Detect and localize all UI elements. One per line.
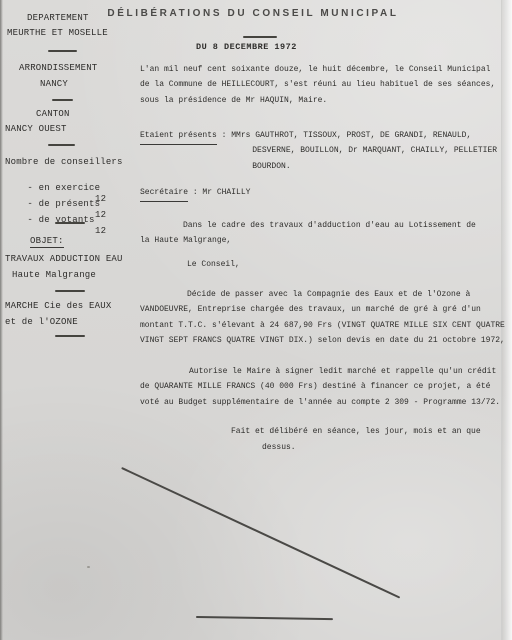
authorization-paragraph: Autorise le Maire à signer ledit marché … (140, 364, 512, 410)
margin-divider (48, 50, 77, 52)
paper-speck (87, 566, 90, 568)
presents-names: MMrs GAUTHROT, TISSOUX, PROST, DE GRANDI… (231, 128, 497, 174)
session-date: DU 8 DECEMBRE 1972 (196, 42, 297, 52)
document-title: DÉLIBÉRATIONS DU CONSEIL MUNICIPAL (98, 8, 408, 19)
margin-divider (55, 290, 85, 292)
closing-line1: Fait et délibéré en séance, les jour, mo… (231, 424, 481, 439)
opening-paragraph: L'an mil neuf cent soixante douze, le hu… (140, 62, 512, 108)
secretaire-label: Secrétaire (140, 185, 188, 202)
margin-divider (55, 222, 85, 224)
conseillers-heading: Nombre de conseillers (5, 157, 123, 168)
objet-label: OBJET: (30, 236, 64, 247)
arrondissement-label: ARRONDISSEMENT (19, 63, 97, 74)
conseil-line: Le Conseil, (187, 257, 240, 272)
scanned-deliberation-document: DÉLIBÉRATIONS DU CONSEIL MUNICIPAL DU 8 … (0, 0, 512, 640)
presents-label: Etaient présents (140, 128, 217, 145)
margin-divider (48, 144, 75, 146)
decision-paragraph: Décide de passer avec la Compagnie des E… (140, 287, 512, 349)
diagonal-pen-stroke (121, 467, 400, 598)
title-divider (243, 36, 277, 38)
objet-value-line2: Haute Malgrange (12, 270, 96, 281)
presents-separator: : (217, 128, 231, 143)
secretaire-block: Secrétaire : Mr CHAILLY (140, 185, 250, 202)
canton-value: NANCY OUEST (5, 124, 67, 135)
departement-label: DEPARTEMENT (27, 13, 89, 24)
marche-value-line1: MARCHE Cie des EAUX (5, 301, 111, 312)
closing-line2: dessus. (262, 440, 296, 455)
departement-value: MEURTHE ET MOSELLE (7, 28, 108, 39)
secretaire-value: Mr CHAILLY (202, 185, 250, 200)
canton-label: CANTON (36, 109, 70, 120)
arrondissement-value: NANCY (40, 79, 68, 90)
margin-divider (55, 335, 85, 337)
horizontal-pen-stroke (196, 616, 333, 620)
paper-left-edge (0, 0, 3, 640)
marche-value-line2: et de l'OZONE (5, 317, 78, 328)
presents-block: Etaient présents : MMrs GAUTHROT, TISSOU… (140, 128, 512, 174)
secretaire-separator: : (188, 185, 202, 200)
margin-divider (52, 99, 73, 101)
count-value: 12 (95, 226, 106, 237)
context-paragraph: Dans le cadre des travaux d'adduction d'… (140, 218, 512, 249)
objet-value-line1: TRAVAUX ADDUCTION EAU (5, 254, 123, 265)
